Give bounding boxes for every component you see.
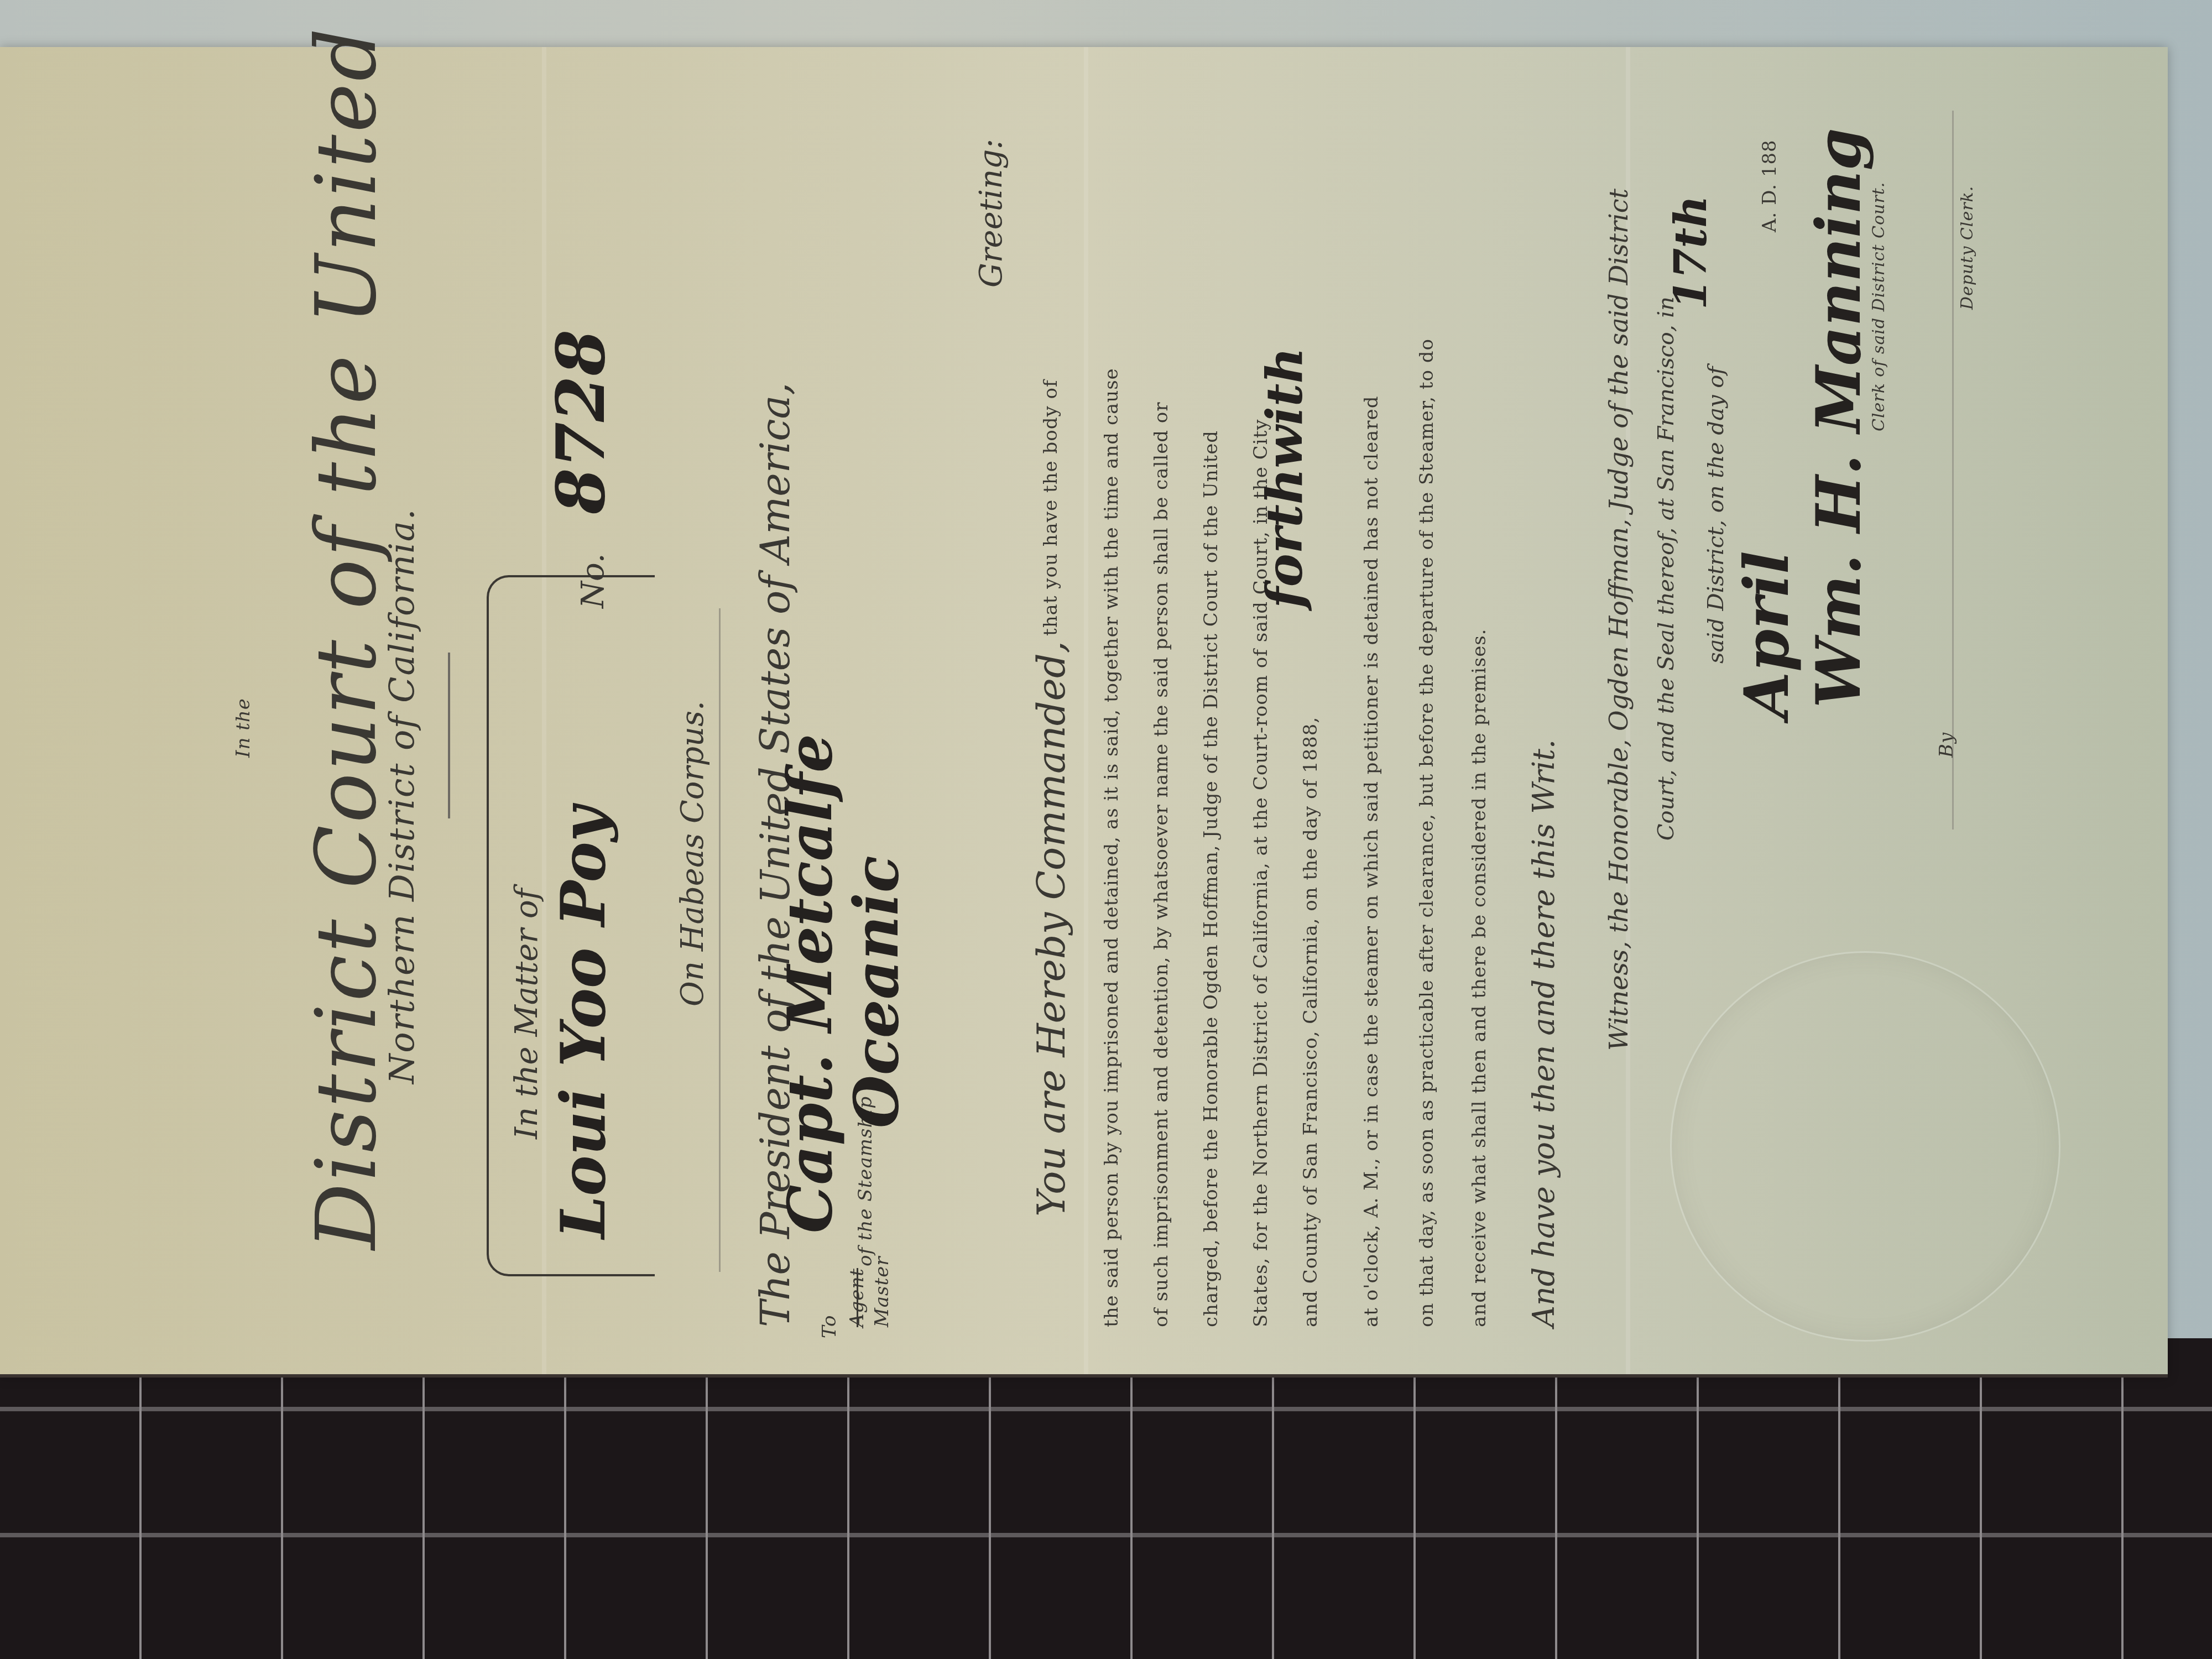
preheader: In the bbox=[232, 698, 254, 758]
tiled-surface bbox=[0, 1338, 2212, 1659]
clerk-signature: Wm. H. Manning bbox=[1803, 128, 1874, 708]
witness-line-1: Court, and the Seal thereof, at San Fran… bbox=[1653, 296, 1679, 841]
proceeding: On Habeas Corpus. bbox=[675, 701, 711, 1006]
court-title: District Court of the United States, bbox=[299, 0, 395, 1250]
court-date-handwritten: forthwith bbox=[1255, 347, 1314, 608]
year-printed: A. D. 188 bbox=[1759, 139, 1781, 232]
body-line-0: that you have the body of bbox=[1040, 379, 1062, 636]
by-label: By bbox=[1936, 732, 1958, 758]
case-number: 8728 bbox=[542, 330, 620, 514]
command-lead: You are Hereby Commanded, bbox=[1029, 641, 1074, 1217]
witness-day-handwritten: 17th bbox=[1665, 196, 1717, 310]
body-line-8: and receive what shall then and there be… bbox=[1468, 628, 1490, 1327]
body-line-1: the said person by you imprisoned and de… bbox=[1100, 368, 1123, 1327]
body-line-7: on that day, as soon as practicable afte… bbox=[1416, 338, 1438, 1327]
rule bbox=[719, 608, 721, 1272]
to-label: To bbox=[818, 1314, 841, 1338]
respondent-name: Capt. Metcalfe bbox=[774, 734, 846, 1233]
clerk-title: Clerk of said District Court. bbox=[1869, 182, 1888, 431]
greeting: Greeting: bbox=[973, 139, 1009, 288]
body-line-2: of such imprisonment and detention, by w… bbox=[1150, 401, 1172, 1327]
paper-fold bbox=[1084, 47, 1088, 1374]
body-line-5: and County of San Francisco, California,… bbox=[1300, 717, 1322, 1327]
divider bbox=[448, 653, 450, 818]
district-subtitle: Northern District of California. bbox=[382, 508, 422, 1084]
body-line-6: at o'clock, A. M., or in case the steame… bbox=[1360, 396, 1383, 1327]
petitioner-name: Loui Yoo Poy bbox=[547, 806, 619, 1239]
matter-label: In the Matter of bbox=[509, 889, 545, 1139]
witness-line-0: Witness, the Honorable, Ogden Hoffman, J… bbox=[1604, 189, 1634, 1051]
case-number-label: No. bbox=[575, 553, 611, 608]
role-label: Master bbox=[871, 1256, 893, 1327]
deputy-clerk-title: Deputy Clerk. bbox=[1958, 186, 1977, 310]
steamship-name: Oceanic bbox=[841, 855, 912, 1128]
role-label-struck: Agent bbox=[846, 1268, 868, 1327]
body-line-3: charged, before the Honorable Ogden Hoff… bbox=[1200, 430, 1222, 1327]
witness-month-handwritten: April bbox=[1731, 551, 1802, 719]
witness-line-2: said District, on the day of bbox=[1703, 367, 1729, 664]
embossed-court-seal bbox=[1670, 951, 2060, 1342]
closing-line: And have you then and there this Writ. bbox=[1526, 739, 1561, 1327]
signature-rule bbox=[1952, 111, 1954, 830]
